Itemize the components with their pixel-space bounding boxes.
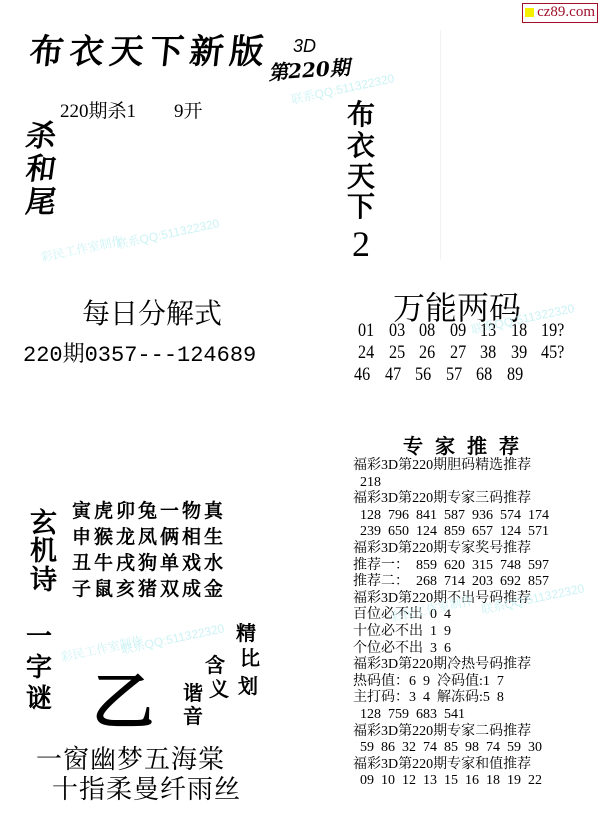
kill-tail-char: 尾 bbox=[24, 186, 59, 219]
wanneng-code: 45? bbox=[541, 342, 567, 364]
wanneng-code: 03 bbox=[389, 320, 415, 342]
wanneng-code: 26 bbox=[419, 342, 445, 364]
riddle-hint: 划 bbox=[238, 670, 258, 699]
xuanji-heading-char: 机 bbox=[30, 538, 57, 566]
riddle-heading: 一 字 谜 bbox=[26, 622, 52, 716]
riddle-heading-char: 谜 bbox=[26, 684, 52, 715]
wanneng-code: 89 bbox=[507, 364, 533, 386]
bytx-char: 衣 bbox=[347, 131, 375, 162]
wanneng-code: 19? bbox=[541, 320, 567, 342]
daily-decomp-title: 每日分解式 bbox=[82, 292, 222, 332]
riddle-hint: 义 bbox=[209, 673, 229, 702]
logo-text: cz89.com bbox=[537, 4, 595, 21]
kill-tail-char: 杀 bbox=[24, 120, 59, 153]
xuanji-line: 寅虎卯兔一物真 bbox=[72, 498, 226, 524]
wanneng-code: 39 bbox=[511, 342, 537, 364]
expert-line: 福彩3D第220期专家二码推荐 bbox=[353, 724, 598, 741]
wanneng-code: 57 bbox=[446, 364, 472, 386]
xuanji-line: 子鼠亥猪双成金 bbox=[72, 576, 226, 602]
bytx-char: 下 bbox=[347, 192, 375, 223]
riddle-hint: 比 bbox=[240, 642, 260, 671]
logo-square-icon bbox=[525, 8, 534, 17]
riddle-hint: 音 bbox=[183, 700, 203, 729]
riddle-heading-char: 字 bbox=[26, 653, 52, 684]
wanneng-code: 68 bbox=[476, 364, 502, 386]
expert-line: 推荐一： 859 620 315 748 597 bbox=[353, 558, 598, 575]
wanneng-code: 24 bbox=[358, 342, 384, 364]
kill-one: 220期杀19开 bbox=[60, 96, 241, 123]
wanneng-code: 46 bbox=[354, 364, 380, 386]
riddle-answer: 乙 bbox=[92, 652, 154, 741]
expert-line: 十位必不出 1 9 bbox=[353, 624, 598, 641]
bytx-value: 2 bbox=[352, 225, 370, 265]
bytx-char: 布 bbox=[347, 100, 375, 131]
panel-divider bbox=[440, 30, 441, 260]
expert-line: 主打码：3 4 解冻码:5 8 bbox=[353, 690, 598, 707]
expert-line: 59 86 32 74 85 98 74 59 30 bbox=[353, 740, 598, 757]
expert-title: 专家推荐 bbox=[403, 430, 531, 459]
expert-line: 福彩3D第220期胆码精选推荐 bbox=[353, 458, 598, 475]
poem-line: 一窗幽梦五海棠 bbox=[36, 745, 241, 775]
wanneng-row: 24 25 26 27 38 39 45? bbox=[358, 342, 572, 364]
expert-line: 218 bbox=[353, 475, 598, 492]
bytx-char: 天 bbox=[347, 162, 375, 193]
site-logo[interactable]: cz89.com bbox=[522, 3, 598, 23]
xuanji-line: 丑牛戌狗单戏水 bbox=[72, 550, 226, 576]
wanneng-code: 25 bbox=[389, 342, 415, 364]
wanneng-code: 47 bbox=[385, 364, 411, 386]
expert-line: 福彩3D第220期专家奖号推荐 bbox=[353, 541, 598, 558]
xuanji-line: 申猴龙凤俩相生 bbox=[72, 524, 226, 550]
expert-list: 福彩3D第220期胆码精选推荐 218 福彩3D第220期专家三码推荐 128 … bbox=[353, 458, 598, 790]
wanneng-code: 38 bbox=[480, 342, 506, 364]
expert-line: 128 759 683 541 bbox=[353, 707, 598, 724]
watermark: 彩民工作室制作 bbox=[39, 231, 125, 265]
page-title: 布衣天下新版 bbox=[27, 24, 272, 73]
wanneng-code: 01 bbox=[358, 320, 384, 342]
xuanji-poem: 寅虎卯兔一物真 申猴龙凤俩相生 丑牛戌狗单戏水 子鼠亥猪双成金 bbox=[72, 498, 226, 602]
wanneng-code: 27 bbox=[450, 342, 476, 364]
expert-line: 福彩3D第220期专家三码推荐 bbox=[353, 491, 598, 508]
xuanji-heading: 玄 机 诗 bbox=[30, 510, 57, 595]
expert-line: 128 796 841 587 936 574 174 bbox=[353, 508, 598, 525]
watermark: 联系QQ:511322320 bbox=[114, 214, 220, 252]
wanneng-code: 56 bbox=[415, 364, 441, 386]
riddle-heading-char: 一 bbox=[26, 622, 52, 653]
bottom-poem: 一窗幽梦五海棠 十指柔曼纤雨丝 bbox=[36, 745, 241, 805]
buyi-tianxia-block: 布 衣 天 下 2 bbox=[347, 100, 375, 265]
expert-line: 个位必不出 3 6 bbox=[353, 641, 598, 658]
wanneng-row: 46 47 56 57 68 89 bbox=[354, 364, 572, 386]
kill-one-label: 220期杀1 bbox=[60, 101, 136, 122]
expert-line: 09 10 12 13 15 16 18 19 22 bbox=[353, 773, 598, 790]
expert-line: 福彩3D第220期冷热号码推荐 bbox=[353, 657, 598, 674]
daily-decomp-value: 220期0357---124689 bbox=[23, 337, 256, 368]
xuanji-heading-char: 玄 bbox=[30, 510, 57, 538]
kill-one-result: 9开 bbox=[174, 101, 203, 122]
wanneng-grid: 01 03 08 09 13 18 19? 24 25 26 27 38 39 … bbox=[358, 320, 572, 386]
expert-line: 239 650 124 859 657 124 571 bbox=[353, 524, 598, 541]
expert-line: 热码值：6 9 冷码值:1 7 bbox=[353, 674, 598, 691]
kill-tail-char: 和 bbox=[24, 153, 59, 186]
expert-line: 福彩3D第220期专家和值推荐 bbox=[353, 757, 598, 774]
kill-tail-heading: 杀 和 尾 bbox=[26, 120, 56, 219]
wanneng-code: 08 bbox=[419, 320, 445, 342]
xuanji-heading-char: 诗 bbox=[30, 567, 57, 595]
poem-line: 十指柔曼纤雨丝 bbox=[36, 775, 241, 805]
